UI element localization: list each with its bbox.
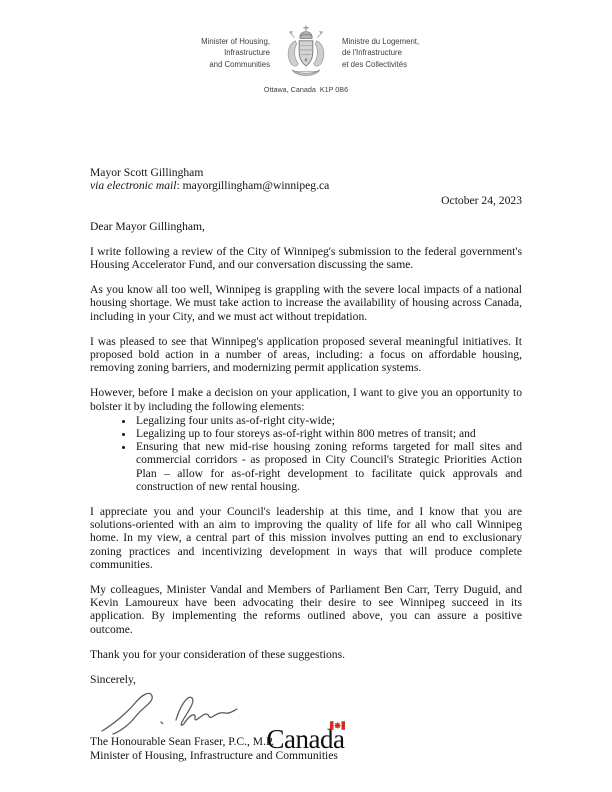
paragraph-2: As you know all too well, Winnipeg is gr…: [90, 283, 522, 323]
letterhead-english: Minister of Housing, Infrastructure and …: [148, 36, 270, 71]
paragraph-6: My colleagues, Minister Vandal and Membe…: [90, 583, 522, 636]
letterhead-en-line-3: and Communities: [148, 59, 270, 71]
paragraph-3: I was pleased to see that Winnipeg's app…: [90, 335, 522, 375]
letterhead-french: Ministre du Logement, de l'Infrastructur…: [342, 36, 464, 71]
letterhead-fr-line-3: et des Collectivités: [342, 59, 464, 71]
letter-date: October 24, 2023: [90, 194, 522, 207]
recipient-email: : mayorgillingham@winnipeg.ca: [177, 179, 330, 192]
bullet-item-1: Legalizing four units as-of-right city-w…: [135, 414, 522, 427]
recipient-email-line: via electronic mail: mayorgillingham@win…: [90, 179, 522, 192]
letter-body: Mayor Scott Gillingham via electronic ma…: [90, 166, 522, 762]
letterhead-en-line-1: Minister of Housing,: [148, 36, 270, 48]
letterhead-address: Ottawa, Canada K1P 0B6: [0, 85, 612, 94]
bullet-list: Legalizing four units as-of-right city-w…: [90, 414, 522, 493]
paragraph-5: I appreciate you and your Council's lead…: [90, 505, 522, 571]
paragraph-4: However, before I make a decision on you…: [90, 386, 522, 412]
valediction: Sincerely,: [90, 673, 522, 686]
letterhead-en-line-2: Infrastructure: [148, 47, 270, 59]
paragraph-1: I write following a review of the City o…: [90, 245, 522, 271]
bullet-item-2: Legalizing up to four storeys as-of-righ…: [135, 427, 522, 440]
letterhead-fr-line-1: Ministre du Logement,: [342, 36, 464, 48]
footer: Canada: [0, 721, 612, 753]
letter-page: Minister of Housing, Infrastructure and …: [0, 0, 612, 792]
salutation: Dear Mayor Gillingham,: [90, 220, 522, 233]
canada-coat-of-arms-icon: [283, 24, 329, 82]
bullet-item-3: Ensuring that new mid-rise housing zonin…: [135, 440, 522, 493]
canada-flag-icon: [344, 724, 345, 754]
letterhead: Minister of Housing, Infrastructure and …: [0, 24, 612, 94]
paragraph-7: Thank you for your consideration of thes…: [90, 648, 522, 661]
letterhead-fr-line-2: de l'Infrastructure: [342, 47, 464, 59]
delivery-method: via electronic mail: [90, 179, 177, 192]
recipient-name: Mayor Scott Gillingham: [90, 166, 522, 179]
